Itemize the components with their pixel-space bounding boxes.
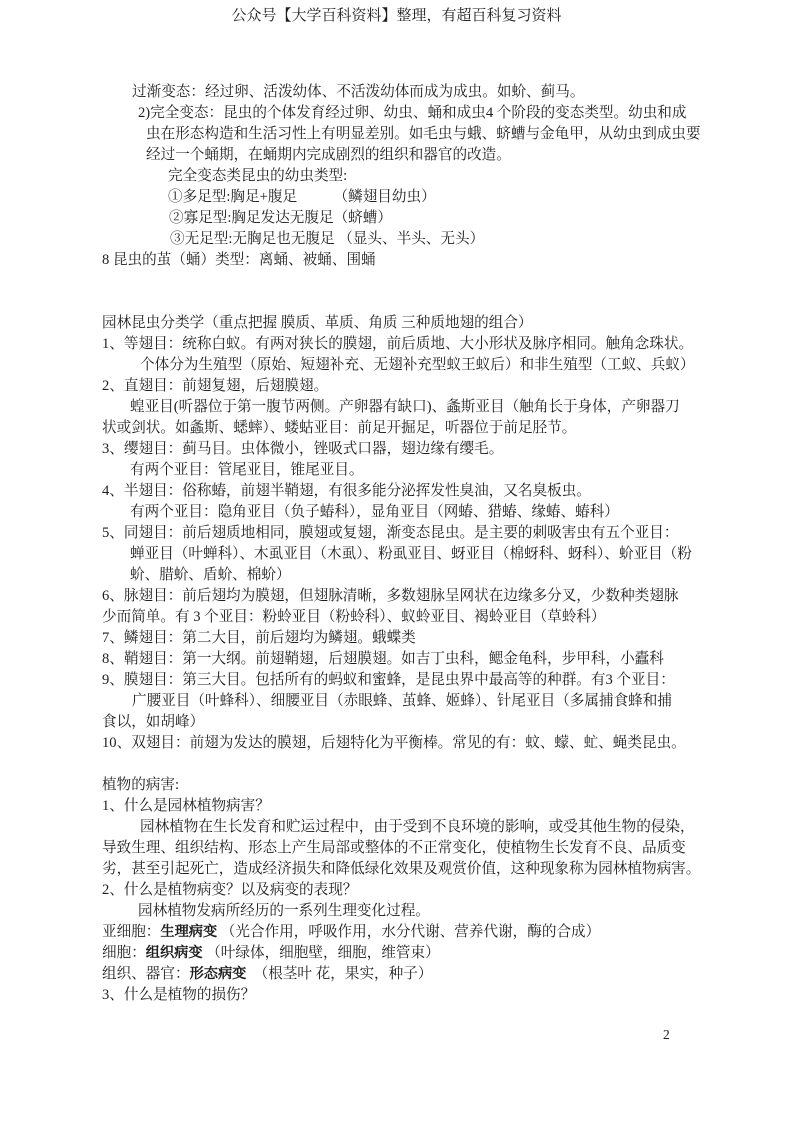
text-run: 劣，甚至引起死亡，造成经济损失和降低绿化效果及观赏价值，这种现象称为园林植物病害… [102, 861, 700, 877]
text-run: 经过一个蛹期，在蛹期内完成剧烈的组织和器官的改造。 [146, 147, 511, 163]
text-line: ③无足型:无胸足也无腹足 （显头、半头、无头） [102, 229, 702, 250]
text-run: 2、直翅目：前翅复翅，后翅膜翅。 [102, 378, 328, 394]
document-page: 公众号【大学百科资料】整理，有超百科复习资料 过渐变态：经过卵、活泼幼体、不活泼… [0, 0, 793, 1122]
bold-term: 形态病变 [190, 966, 247, 982]
page-header: 公众号【大学百科资料】整理，有超百科复习资料 [0, 6, 793, 27]
text-run: 园林植物在生长发育和贮运过程中，由于受到不良环境的影响，或受其他生物的侵染， [140, 819, 695, 835]
bold-term: 组织病变 [146, 945, 203, 961]
text-line: 个体分为生殖型（原始、短翅补充、无翅补充型蚁王蚁后）和非生殖型（工蚁、兵蚁） [102, 355, 702, 376]
text-line: 园林植物发病所经历的一系列生理变化过程。 [102, 901, 702, 922]
text-run: 蝉亚目（叶蝉科）、木虱亚目（木虱）、粉虱亚目、蚜亚目（棉蚜科、蚜科）、蚧亚目（粉 [130, 546, 692, 562]
text-run: 食以，如胡峰） [102, 714, 204, 730]
text-line: 7、鳞翅目：第二大目，前后翅均为鳞翅。蛾蝶类 [102, 628, 702, 649]
blank-line [102, 271, 702, 292]
text-line: 有两个亚目：管尾亚目，锥尾亚目。 [102, 460, 702, 481]
text-run: 7、鳞翅目：第二大目，前后翅均为鳞翅。蛾蝶类 [102, 630, 416, 646]
text-line: 细胞：组织病变 （叶绿体，细胞壁，细胞，维管束） [102, 943, 702, 964]
text-run: ②寡足型:胸足发达无腹足（蛴螬） [169, 210, 392, 226]
text-line: 园林植物在生长发育和贮运过程中，由于受到不良环境的影响，或受其他生物的侵染， [102, 817, 702, 838]
text-run: ③无足型:无胸足也无腹足 （显头、半头、无头） [170, 231, 484, 247]
text-run: 广腰亚目（叶蜂科）、细腰亚目（赤眼蜂、茧蜂、姬蜂）、针尾亚目（多属捕食蜂和捕 [132, 693, 672, 709]
text-line: 蝉亚目（叶蝉科）、木虱亚目（木虱）、粉虱亚目、蚜亚目（棉蚜科、蚜科）、蚧亚目（粉 [102, 544, 702, 565]
text-line: 4、半翅目：俗称蝽，前翅半鞘翅，有很多能分泌挥发性臭油，又名臭板虫。 [102, 481, 702, 502]
text-run: 过渐变态：经过卵、活泼幼体、不活泼幼体而成为成虫。如蚧、蓟马。 [132, 84, 584, 100]
text-run: 导致生理、组织结构、形态上产生局部或整体的不正常变化，使植物生长发育不良、品质变 [102, 840, 686, 856]
text-run: 亚细胞： [102, 924, 160, 940]
text-run: 个体分为生殖型（原始、短翅补充、无翅补充型蚁王蚁后）和非生殖型（工蚁、兵蚁） [140, 357, 695, 373]
text-run: 状或剑状。如螽斯、蟋蟀）、蝼蛄亚目：前足开掘足，听器位于前足胫节。 [102, 420, 576, 436]
text-run: 3、什么是植物的损伤？ [102, 987, 255, 1003]
text-run: 蝗亚目(听器位于第一腹节两侧。产卵器有缺口)、螽斯亚目（触角长于身体，产卵器刀 [130, 399, 680, 415]
text-line: 劣，甚至引起死亡，造成经济损失和降低绿化效果及观赏价值，这种现象称为园林植物病害… [102, 859, 702, 880]
text-run: 3、缨翅目：蓟马目。虫体微小，锉吸式口器，翅边缘有缨毛。 [102, 441, 503, 457]
text-line: 虫在形态构造和生活习性上有明显差别。如毛虫与蛾、蛴螬与金龟甲，从幼虫到成虫要 [102, 124, 702, 145]
text-line: ①多足型:胸足+腹足 （鳞翅目幼虫） [102, 187, 702, 208]
text-line: 亚细胞：生理病变 （光合作用，呼吸作用，水分代谢、营养代谢，酶的合成） [102, 922, 702, 943]
text-run: 4、半翅目：俗称蝽，前翅半鞘翅，有很多能分泌挥发性臭油，又名臭板虫。 [102, 483, 591, 499]
text-run: 少而简单。有 3 个亚目：粉蛉亚目（粉蛉科）、蚁蛉亚目、褐蛉亚目（草蛉科） [102, 609, 605, 625]
text-line: 5、同翅目：前后翅质地相同，膜翅或复翅，渐变态昆虫。是主要的刺吸害虫有五个亚目： [102, 523, 702, 544]
text-line: 食以，如胡峰） [102, 712, 702, 733]
text-line: 8、鞘翅目：第一大纲。前翅鞘翅，后翅膜翅。如吉丁虫科，鳃金龟科，步甲科，小蠹科 [102, 649, 702, 670]
text-run: 8 昆虫的茧（蛹）类型：离蛹、被蛹、围蛹 [102, 252, 376, 268]
text-line: 导致生理、组织结构、形态上产生局部或整体的不正常变化，使植物生长发育不良、品质变 [102, 838, 702, 859]
text-run: 5、同翅目：前后翅质地相同，膜翅或复翅，渐变态昆虫。是主要的刺吸害虫有五个亚目： [102, 525, 678, 541]
text-run: 虫在形态构造和生活习性上有明显差别。如毛虫与蛾、蛴螬与金龟甲，从幼虫到成虫要 [146, 126, 701, 142]
text-line: 6、脉翅目：前后翅均为膜翅，但翅脉清晰，多数翅脉呈网状在边缘多分叉，少数种类翅脉 [102, 586, 702, 607]
text-line: 组织、器官：形态病变 （根茎叶 花，果实，种子） [102, 964, 702, 985]
text-line: 2)完全变态：昆虫的个体发育经过卵、幼虫、蛹和成虫4 个阶段的变态类型。幼虫和成 [102, 103, 702, 124]
document-body: 过渐变态：经过卵、活泼幼体、不活泼幼体而成为成虫。如蚧、蓟马。2)完全变态：昆虫… [102, 82, 702, 1006]
text-line: 园林昆虫分类学（重点把握 膜质、革质、角质 三种质地翅的组合） [102, 313, 702, 334]
text-line: 3、缨翅目：蓟马目。虫体微小，锉吸式口器，翅边缘有缨毛。 [102, 439, 702, 460]
text-line: 蚧、腊蚧、盾蚧、棉蚧） [102, 565, 702, 586]
text-line: 植物的病害: [102, 775, 702, 796]
blank-line [102, 754, 702, 775]
text-run: 有两个亚目：隐角亚目（负子蝽科），显角亚目（网蝽、猎蝽、缘蝽、蝽科） [130, 504, 619, 520]
text-line: 8 昆虫的茧（蛹）类型：离蛹、被蛹、围蛹 [102, 250, 702, 271]
text-line: 3、什么是植物的损伤？ [102, 985, 702, 1006]
text-line: 2、什么是植物病变？以及病变的表现？ [102, 880, 702, 901]
text-line: 9、膜翅目：第三大目。包括所有的蚂蚁和蜜蜂，是昆虫界中最高等的种群。有3 个亚目… [102, 670, 702, 691]
text-run: 组织、器官： [102, 966, 190, 982]
text-line: 10、双翅目：前翅为发达的膜翅，后翅特化为平衡棒。常见的有：蚊、蠓、虻、蝇类昆虫… [102, 733, 702, 754]
page-number: 2 [663, 1026, 670, 1044]
text-run: 2、什么是植物病变？以及病变的表现？ [102, 882, 357, 898]
text-run: 6、脉翅目：前后翅均为膜翅，但翅脉清晰，多数翅脉呈网状在边缘多分叉，少数种类翅脉 [102, 588, 678, 604]
text-line: 经过一个蛹期，在蛹期内完成剧烈的组织和器官的改造。 [102, 145, 702, 166]
text-line: 1、等翅目：统称白蚁。有两对狭长的膜翅，前后质地、大小形状及脉序相同。触角念珠状… [102, 334, 702, 355]
text-line: 有两个亚目：隐角亚目（负子蝽科），显角亚目（网蝽、猎蝽、缘蝽、蝽科） [102, 502, 702, 523]
text-line: 1、什么是园林植物病害？ [102, 796, 702, 817]
text-run: 有两个亚目：管尾亚目，锥尾亚目。 [130, 462, 364, 478]
text-line: ②寡足型:胸足发达无腹足（蛴螬） [102, 208, 702, 229]
text-run: 1、等翅目：统称白蚁。有两对狭长的膜翅，前后质地、大小形状及脉序相同。触角念珠状… [102, 336, 693, 352]
text-line: 少而简单。有 3 个亚目：粉蛉亚目（粉蛉科）、蚁蛉亚目、褐蛉亚目（草蛉科） [102, 607, 702, 628]
blank-line [102, 292, 702, 313]
text-run: 8、鞘翅目：第一大纲。前翅鞘翅，后翅膜翅。如吉丁虫科，鳃金龟科，步甲科，小蠹科 [102, 651, 664, 667]
text-line: 2、直翅目：前翅复翅，后翅膜翅。 [102, 376, 702, 397]
text-run: （根茎叶 花，果实，种子） [246, 966, 432, 982]
text-run: 9、膜翅目：第三大目。包括所有的蚂蚁和蜜蜂，是昆虫界中最高等的种群。有3 个亚目… [102, 672, 675, 688]
text-run: 1、什么是园林植物病害？ [102, 798, 270, 814]
text-run: 园林植物发病所经历的一系列生理变化过程。 [138, 903, 430, 919]
text-line: 完全变态类昆虫的幼虫类型: [102, 166, 702, 187]
text-run: 完全变态类昆虫的幼虫类型: [168, 168, 347, 184]
text-line: 状或剑状。如螽斯、蟋蟀）、蝼蛄亚目：前足开掘足，听器位于前足胫节。 [102, 418, 702, 439]
text-run: ①多足型:胸足+腹足 （鳞翅目幼虫） [168, 189, 436, 205]
text-run: （光合作用，呼吸作用，水分代谢、营养代谢，酶的合成） [217, 924, 600, 940]
text-line: 广腰亚目（叶蜂科）、细腰亚目（赤眼蜂、茧蜂、姬蜂）、针尾亚目（多属捕食蜂和捕 [102, 691, 702, 712]
text-line: 蝗亚目(听器位于第一腹节两侧。产卵器有缺口)、螽斯亚目（触角长于身体，产卵器刀 [102, 397, 702, 418]
text-run: 植物的病害: [102, 777, 179, 793]
text-run: 细胞： [102, 945, 146, 961]
text-line: 过渐变态：经过卵、活泼幼体、不活泼幼体而成为成虫。如蚧、蓟马。 [102, 82, 702, 103]
text-run: 2)完全变态：昆虫的个体发育经过卵、幼虫、蛹和成虫4 个阶段的变态类型。幼虫和成 [138, 105, 686, 121]
text-run: 蚧、腊蚧、盾蚧、棉蚧） [130, 567, 291, 583]
text-run: （叶绿体，细胞壁，细胞，维管束） [203, 945, 440, 961]
text-run: 10、双翅目：前翅为发达的膜翅，后翅特化为平衡棒。常见的有：蚊、蠓、虻、蝇类昆虫… [102, 735, 686, 751]
text-run: 园林昆虫分类学（重点把握 膜质、革质、角质 三种质地翅的组合） [102, 315, 533, 331]
bold-term: 生理病变 [160, 924, 217, 940]
